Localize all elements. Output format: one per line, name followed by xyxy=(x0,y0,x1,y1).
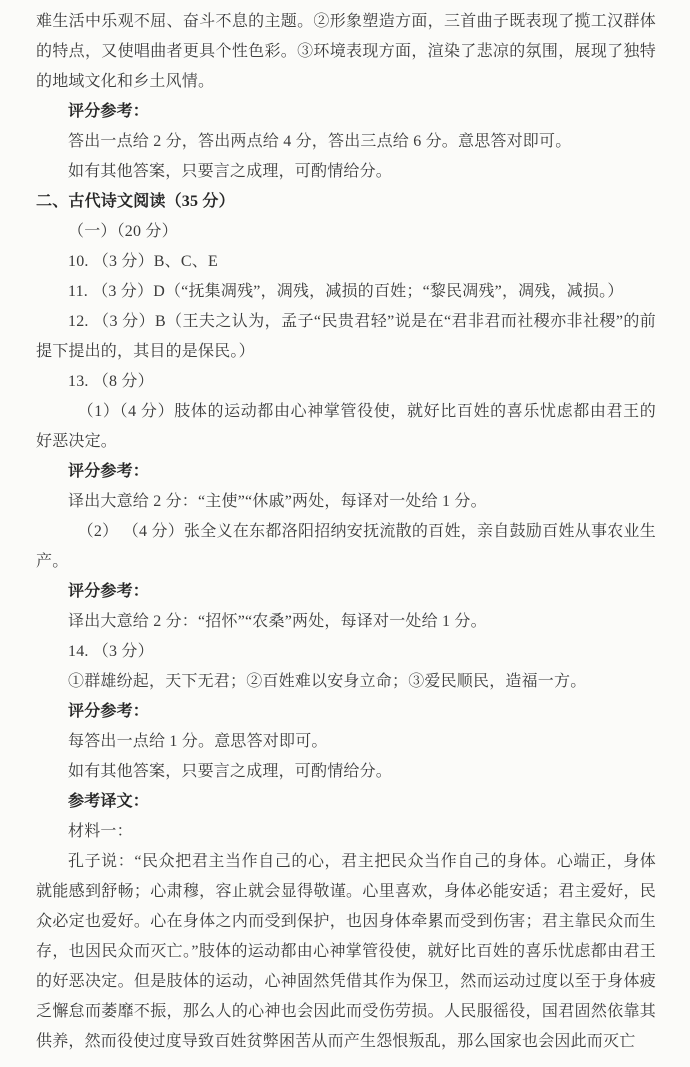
answer-q11: 11. （3 分）D（“抚集凋残”，凋残，减损的百姓；“黎民凋残”，凋残，减损。… xyxy=(36,277,656,307)
scoring-label-top: 评分参考： xyxy=(36,97,656,127)
scoring-note-q14: 如有其他答案，只要言之成理，可酌情给分。 xyxy=(36,757,656,787)
scoring-rule-q14: 每答出一点给 1 分。意思答对即可。 xyxy=(36,727,656,757)
scoring-rule-q13-sub2: 译出大意给 2 分：“招怀”“农桑”两处，每译对一处给 1 分。 xyxy=(36,607,656,637)
scoring-note-top: 如有其他答案，只要言之成理，可酌情给分。 xyxy=(36,157,656,187)
part-one-label: （一）（20 分） xyxy=(36,217,656,247)
answer-q14-head: 14. （3 分） xyxy=(36,637,656,667)
scoring-rule-q13-sub1: 译出大意给 2 分：“主使”“休戚”两处，每译对一处给 1 分。 xyxy=(36,487,656,517)
answer-q10: 10. （3 分）B、C、E xyxy=(36,247,656,277)
material-one-label: 材料一： xyxy=(36,817,656,847)
answer-q13-head: 13. （8 分） xyxy=(36,367,656,397)
material-one-text: 孔子说：“民众把君主当作自己的心，君主把民众当作自己的身体。心端正，身体就能感到… xyxy=(36,847,656,1057)
scoring-rule-top: 答出一点给 2 分，答出两点给 4 分，答出三点给 6 分。意思答对即可。 xyxy=(36,127,656,157)
answer-q13-sub2: （2） （4 分）张全义在东都洛阳招纳安抚流散的百姓，亲自鼓励百姓从事农业生产。 xyxy=(36,517,656,577)
answer-q12: 12. （3 分）B（王夫之认为，孟子“民贵君轻”说是在“君非君而社稷亦非社稷”… xyxy=(36,307,656,367)
carryover-answer-text: 难生活中乐观不屈、奋斗不息的主题。②形象塑造方面，三首曲子既表现了揽工汉群体的特… xyxy=(36,7,656,97)
document-page: 难生活中乐观不屈、奋斗不息的主题。②形象塑造方面，三首曲子既表现了揽工汉群体的特… xyxy=(0,0,690,1057)
answer-q13-sub1: （1）（4 分）肢体的运动都由心神掌管役使，就好比百姓的喜乐忧虑都由君王的好恶决… xyxy=(36,397,656,457)
scoring-label-q13-sub2: 评分参考： xyxy=(36,577,656,607)
scoring-label-q13-sub1: 评分参考： xyxy=(36,457,656,487)
section-heading: 二、古代诗文阅读（35 分） xyxy=(36,187,656,217)
answer-q14: ①群雄纷起，天下无君；②百姓难以安身立命；③爱民顺民，造福一方。 xyxy=(36,667,656,697)
scoring-label-q14: 评分参考： xyxy=(36,697,656,727)
reference-translation-label: 参考译文： xyxy=(36,787,656,817)
